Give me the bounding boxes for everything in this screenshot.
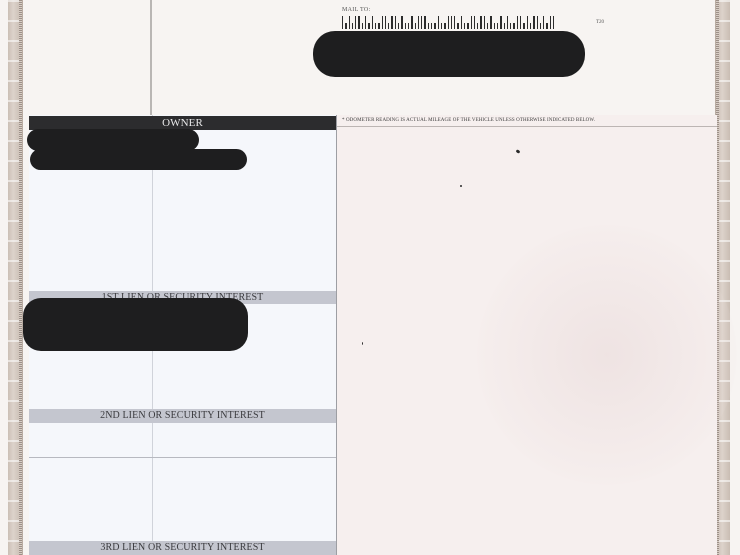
postal-barcode <box>342 15 584 29</box>
decorative-left-border <box>8 0 23 555</box>
odometer-note: * ODOMETER READING IS ACTUAL MILEAGE OF … <box>337 115 717 127</box>
upper-divider-line <box>150 0 152 115</box>
owner-section-header: OWNER <box>29 116 336 130</box>
section-divider <box>29 457 336 458</box>
scan-speck <box>460 185 462 187</box>
lien3-section-header: 3RD LIEN OR SECURITY INTEREST <box>29 541 336 555</box>
redacted-mailing-address <box>313 31 585 77</box>
decorative-right-border <box>715 0 730 555</box>
mail-to-label: MAIL TO: <box>342 7 370 13</box>
redacted-lienholder-1 <box>23 298 248 351</box>
redacted-owner-name <box>27 129 199 151</box>
barcode-code: T20 <box>596 20 604 25</box>
odometer-panel: * ODOMETER READING IS ACTUAL MILEAGE OF … <box>337 115 717 555</box>
faint-state-seal <box>477 225 737 485</box>
title-document-page: MAIL TO: T20 OWNER 1ST LIEN OR SECURITY … <box>0 0 740 555</box>
scan-speck <box>362 342 363 345</box>
redacted-owner-address <box>30 149 247 170</box>
lien2-section-header: 2ND LIEN OR SECURITY INTEREST <box>29 409 336 423</box>
